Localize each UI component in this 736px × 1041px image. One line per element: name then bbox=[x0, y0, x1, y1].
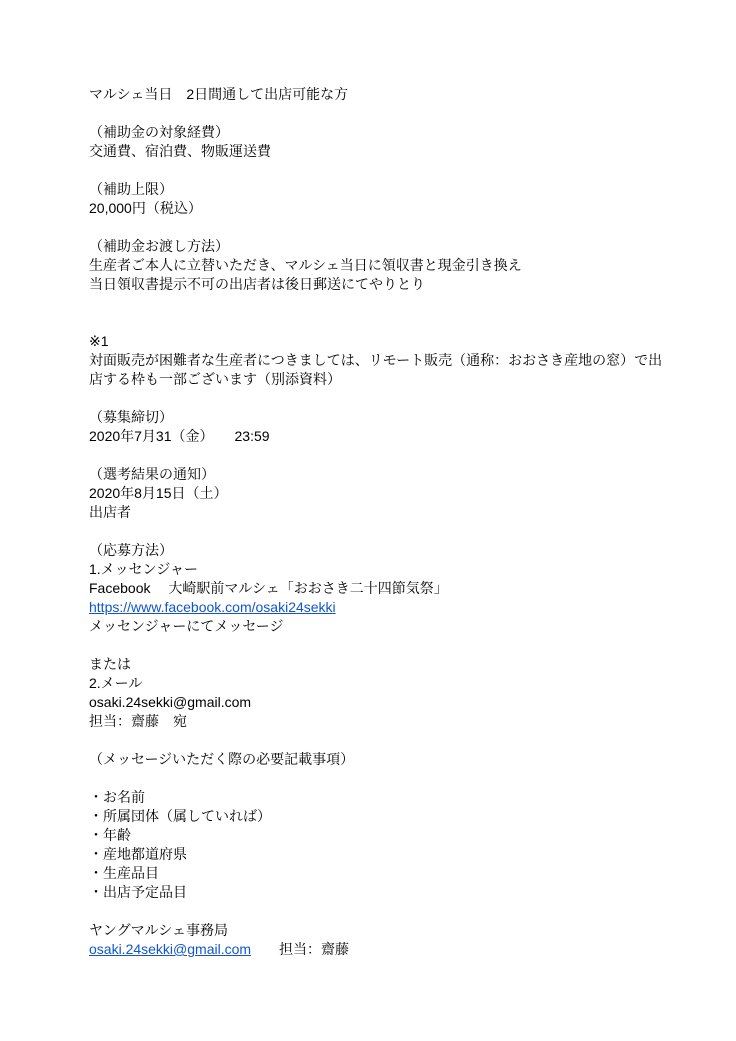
text-run: マルシェ当日 2日間通して出店可能な方 bbox=[89, 86, 348, 102]
text-run: 対面販売が困難者な生産者につきましては、リモート販売（通称：おおさき産地の窓）で… bbox=[89, 352, 662, 368]
deadline-value: 2020年7月31（金） 23:59 bbox=[89, 427, 669, 446]
text-run: ・産地都道府県 bbox=[89, 846, 187, 862]
text-run: 担当：齋藤 宛 bbox=[89, 713, 187, 729]
text-run: （補助金お渡し方法） bbox=[89, 238, 229, 254]
text-run: Facebook 大崎駅前マルシェ「おおさき二十四節気祭」 bbox=[89, 580, 448, 596]
apply-method-1: 1.メッセンジャー bbox=[89, 560, 669, 579]
section-heading-apply-method: （応募方法） bbox=[89, 541, 669, 560]
contact-person-line: 担当：齋藤 宛 bbox=[89, 712, 669, 731]
note-marker: ※1 bbox=[89, 332, 669, 351]
subsidy-limit-value: 20,000円（税込） bbox=[89, 199, 669, 218]
result-notice-date: 2020年8月15日（土） bbox=[89, 484, 669, 503]
text-run: ・所属団体（属していれば） bbox=[89, 808, 271, 824]
text-run: 出店者 bbox=[89, 504, 131, 520]
email-text: osaki.24sekki@gmail.com bbox=[89, 693, 669, 712]
blank-line bbox=[89, 902, 669, 921]
bullet-item-age: ・年齢 bbox=[89, 826, 669, 845]
blank-line bbox=[89, 731, 669, 750]
text-run: ヤングマルシェ事務局 bbox=[89, 922, 228, 938]
text-run: （応募方法） bbox=[89, 542, 173, 558]
text-run: 2020年7月31（金） 23:59 bbox=[89, 428, 270, 444]
section-heading-deadline: （募集締切） bbox=[89, 408, 669, 427]
bullet-item-name: ・お名前 bbox=[89, 788, 669, 807]
blank-line bbox=[89, 769, 669, 788]
bullet-item-planned-items: ・出店予定品目 bbox=[89, 883, 669, 902]
text-run: （選考結果の通知） bbox=[89, 466, 215, 482]
or-line: または bbox=[89, 655, 669, 674]
blank-line bbox=[89, 161, 669, 180]
apply-method-2: 2.メール bbox=[89, 674, 669, 693]
text-run: 2.メール bbox=[89, 675, 142, 691]
section-heading-required-info: （メッセージいただく際の必要記載事項） bbox=[89, 750, 669, 769]
text-run: ・お名前 bbox=[89, 789, 145, 805]
text-run: 生産者ご本人に立替いただき、マルシェ当日に領収書と現金引き換え bbox=[89, 257, 522, 273]
text-run: ・生産品目 bbox=[89, 865, 159, 881]
text-run: （補助金の対象経費） bbox=[89, 124, 229, 140]
text-run: または bbox=[89, 656, 131, 672]
section-heading-subsidy-delivery: （補助金お渡し方法） bbox=[89, 237, 669, 256]
note-line-2: 店する枠も一部ございます（別添資料） bbox=[89, 370, 669, 389]
text-run: ・出店予定品目 bbox=[89, 884, 187, 900]
blank-line bbox=[89, 446, 669, 465]
text-run: 20,000円（税込） bbox=[89, 200, 202, 216]
text-run: 当日領収書提示不可の出店者は後日郵送にてやりとり bbox=[89, 276, 425, 292]
text-run: メッセンジャーにてメッセージ bbox=[89, 618, 284, 634]
text-run: osaki.24sekki@gmail.com bbox=[89, 694, 251, 710]
blank-line bbox=[89, 636, 669, 655]
blank-line bbox=[89, 389, 669, 408]
text-run: （募集締切） bbox=[89, 409, 173, 425]
note-line-1: 対面販売が困難者な生産者につきましては、リモート販売（通称：おおさき産地の窓）で… bbox=[89, 351, 669, 370]
bullet-item-prefecture: ・産地都道府県 bbox=[89, 845, 669, 864]
document-body: マルシェ当日 2日間通して出店可能な方 （補助金の対象経費）交通費、宿泊費、物販… bbox=[89, 85, 669, 959]
blank-line bbox=[89, 218, 669, 237]
section-heading-subsidy-target: （補助金の対象経費） bbox=[89, 123, 669, 142]
text-run: ※1 bbox=[89, 333, 109, 349]
bullet-item-products: ・生産品目 bbox=[89, 864, 669, 883]
document-page: マルシェ当日 2日間通して出店可能な方 （補助金の対象経費）交通費、宿泊費、物販… bbox=[0, 0, 736, 1041]
facebook-url-line: https://www.facebook.com/osaki24sekki bbox=[89, 598, 669, 617]
text-run: （メッセージいただく際の必要記載事項） bbox=[89, 751, 354, 767]
footer-contact-line: osaki.24sekki@gmail.com 担当：齋藤 bbox=[89, 940, 669, 959]
footer-email-link[interactable]: osaki.24sekki@gmail.com bbox=[89, 941, 251, 957]
text-run: （補助上限） bbox=[89, 181, 173, 197]
facebook-url-link[interactable]: https://www.facebook.com/osaki24sekki bbox=[89, 599, 336, 615]
footer-contact-text: 担当：齋藤 bbox=[251, 941, 349, 957]
bullet-item-organization: ・所属団体（属していれば） bbox=[89, 807, 669, 826]
text-run: 店する枠も一部ございます（別添資料） bbox=[89, 371, 341, 387]
subsidy-delivery-line-2: 当日領収書提示不可の出店者は後日郵送にてやりとり bbox=[89, 275, 669, 294]
text-run: ・年齢 bbox=[89, 827, 131, 843]
text-run: 交通費、宿泊費、物販運送費 bbox=[89, 143, 271, 159]
footer-office-name: ヤングマルシェ事務局 bbox=[89, 921, 669, 940]
blank-line bbox=[89, 104, 669, 123]
result-notice-target: 出店者 bbox=[89, 503, 669, 522]
text-run: 1.メッセンジャー bbox=[89, 561, 198, 577]
subsidy-target-value: 交通費、宿泊費、物販運送費 bbox=[89, 142, 669, 161]
messenger-instruction: メッセンジャーにてメッセージ bbox=[89, 617, 669, 636]
blank-line bbox=[89, 294, 669, 313]
section-heading-subsidy-limit: （補助上限） bbox=[89, 180, 669, 199]
eligibility-line: マルシェ当日 2日間通して出店可能な方 bbox=[89, 85, 669, 104]
text-run: 2020年8月15日（土） bbox=[89, 485, 228, 501]
section-heading-result-notice: （選考結果の通知） bbox=[89, 465, 669, 484]
subsidy-delivery-line-1: 生産者ご本人に立替いただき、マルシェ当日に領収書と現金引き換え bbox=[89, 256, 669, 275]
blank-line bbox=[89, 313, 669, 332]
facebook-page-name: Facebook 大崎駅前マルシェ「おおさき二十四節気祭」 bbox=[89, 579, 669, 598]
blank-line bbox=[89, 522, 669, 541]
